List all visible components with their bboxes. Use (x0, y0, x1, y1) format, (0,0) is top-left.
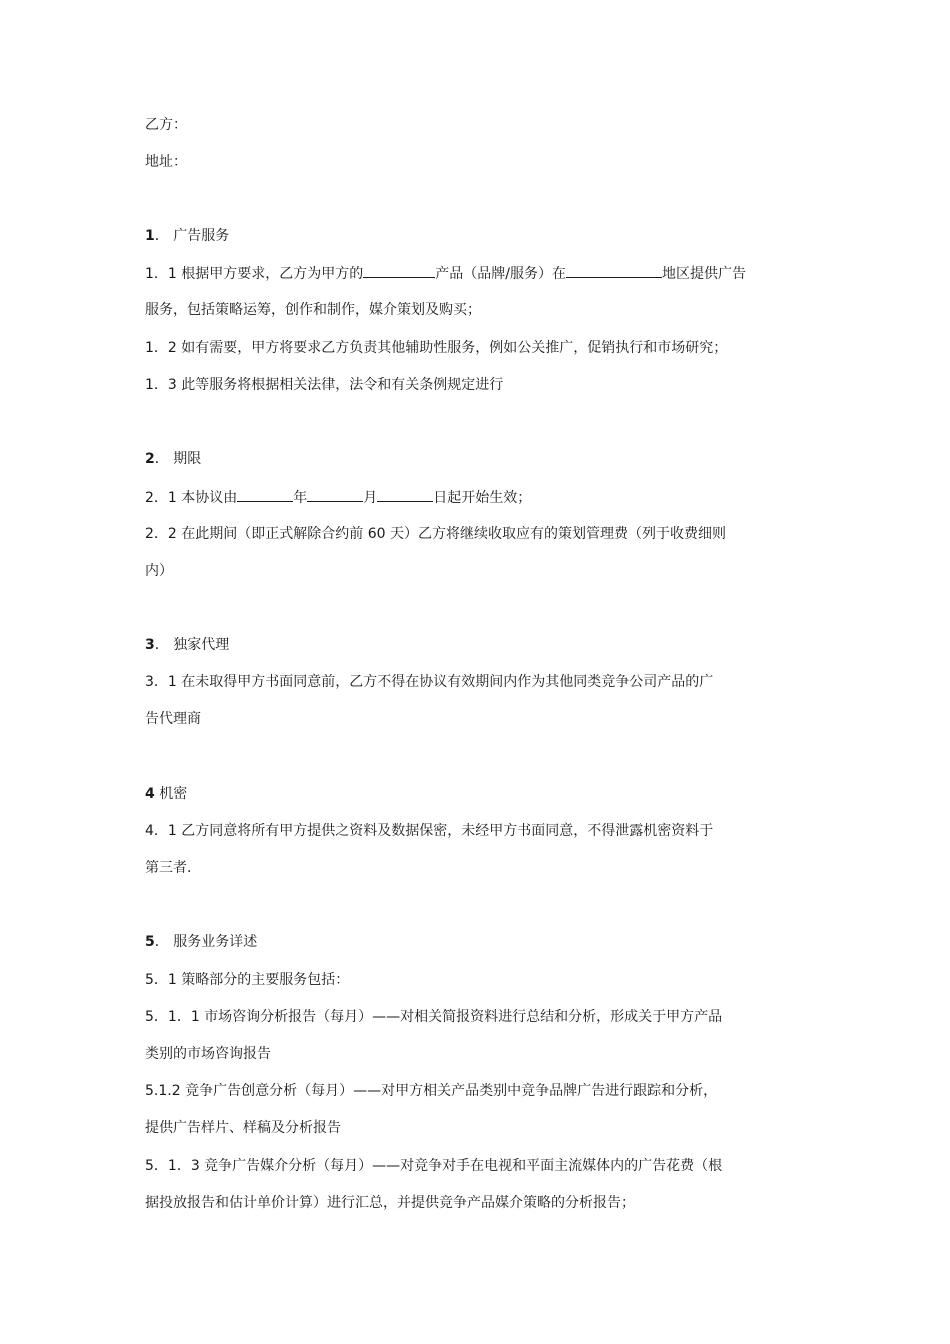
party-b-label: 乙方： (145, 115, 187, 135)
product-blank-field[interactable] (363, 263, 435, 278)
clause-text: 产品（品牌/服务）在 (435, 266, 566, 282)
section-separator: ． (155, 451, 169, 467)
section-title: 机密 (159, 786, 187, 802)
clause-text: 日起开始生效； (433, 490, 531, 506)
section-1-heading: 1． 广告服务 (145, 226, 229, 246)
section-number: 5 (145, 934, 155, 950)
section-number: 4 (145, 786, 155, 802)
day-blank-field[interactable] (377, 487, 433, 502)
section-title: 独家代理 (173, 637, 229, 653)
clause-2-2-continued: 内） (145, 561, 173, 581)
clause-text: 2．1 本协议由 (145, 490, 237, 506)
section-2-heading: 2． 期限 (145, 449, 201, 469)
section-3-heading: 3． 独家代理 (145, 635, 229, 655)
section-number: 1 (145, 228, 155, 244)
clause-5-1-2: 5.1.2 竞争广告创意分析（每月）——对甲方相关产品类别中竞争品牌广告进行跟踪… (145, 1081, 717, 1101)
month-blank-field[interactable] (307, 487, 363, 502)
clause-5-1-2-continued: 提供广告样片、样稿及分析报告 (145, 1118, 341, 1138)
month-label: 月 (363, 490, 377, 506)
section-separator: ． (155, 637, 169, 653)
section-title: 服务业务详述 (173, 934, 257, 950)
clause-2-2: 2．2 在此期间（即正式解除合约前 60 天）乙方将继续收取应有的策划管理费（列… (145, 524, 726, 544)
clause-5-1-3: 5．1．3 竞争广告媒介分析（每月）——对竞争对手在电视和平面主流媒体内的广告花… (145, 1156, 722, 1176)
clause-5-1: 5．1 策略部分的主要服务包括： (145, 970, 349, 990)
clause-1-2: 1．2 如有需要，甲方将要求乙方负责其他辅助性服务，例如公关推广，促销执行和市场… (145, 338, 727, 358)
section-number: 2 (145, 451, 155, 467)
section-number: 3 (145, 637, 155, 653)
clause-4-1: 4．1 乙方同意将所有甲方提供之资料及数据保密，未经甲方书面同意，不得泄露机密资… (145, 821, 713, 841)
clause-2-1: 2．1 本协议由年月日起开始生效； (145, 487, 531, 508)
section-4-heading: 4 机密 (145, 784, 187, 804)
section-title: 广告服务 (173, 228, 229, 244)
section-5-heading: 5． 服务业务详述 (145, 932, 257, 952)
section-separator: ． (155, 934, 169, 950)
clause-1-3: 1．3 此等服务将根据相关法律，法令和有关条例规定进行 (145, 375, 503, 395)
clause-5-1-1-continued: 类别的市场咨询报告 (145, 1044, 271, 1064)
address-label: 地址： (145, 152, 187, 172)
clause-3-1: 3．1 在未取得甲方书面同意前，乙方不得在协议有效期间内作为其他同类竞争公司产品… (145, 672, 713, 692)
year-blank-field[interactable] (237, 487, 293, 502)
region-blank-field[interactable] (566, 263, 662, 278)
clause-4-1-continued: 第三者. (145, 858, 191, 878)
section-title: 期限 (173, 451, 201, 467)
clause-5-1-3-continued: 据投放报告和估计单价计算）进行汇总，并提供竞争产品媒介策略的分析报告； (145, 1193, 635, 1213)
clause-3-1-continued: 告代理商 (145, 709, 201, 729)
section-separator: ． (155, 228, 169, 244)
clause-1-1-continued: 服务，包括策略运筹，创作和制作，媒介策划及购买； (145, 300, 481, 320)
clause-text: 1．1 根据甲方要求，乙方为甲方的 (145, 266, 363, 282)
clause-5-1-1: 5．1．1 市场咨询分析报告（每月）——对相关简报资料进行总结和分析，形成关于甲… (145, 1007, 722, 1027)
clause-text: 地区提供广告 (662, 266, 746, 282)
clause-1-1: 1．1 根据甲方要求，乙方为甲方的产品（品牌/服务）在地区提供广告 (145, 263, 746, 284)
year-label: 年 (293, 490, 307, 506)
